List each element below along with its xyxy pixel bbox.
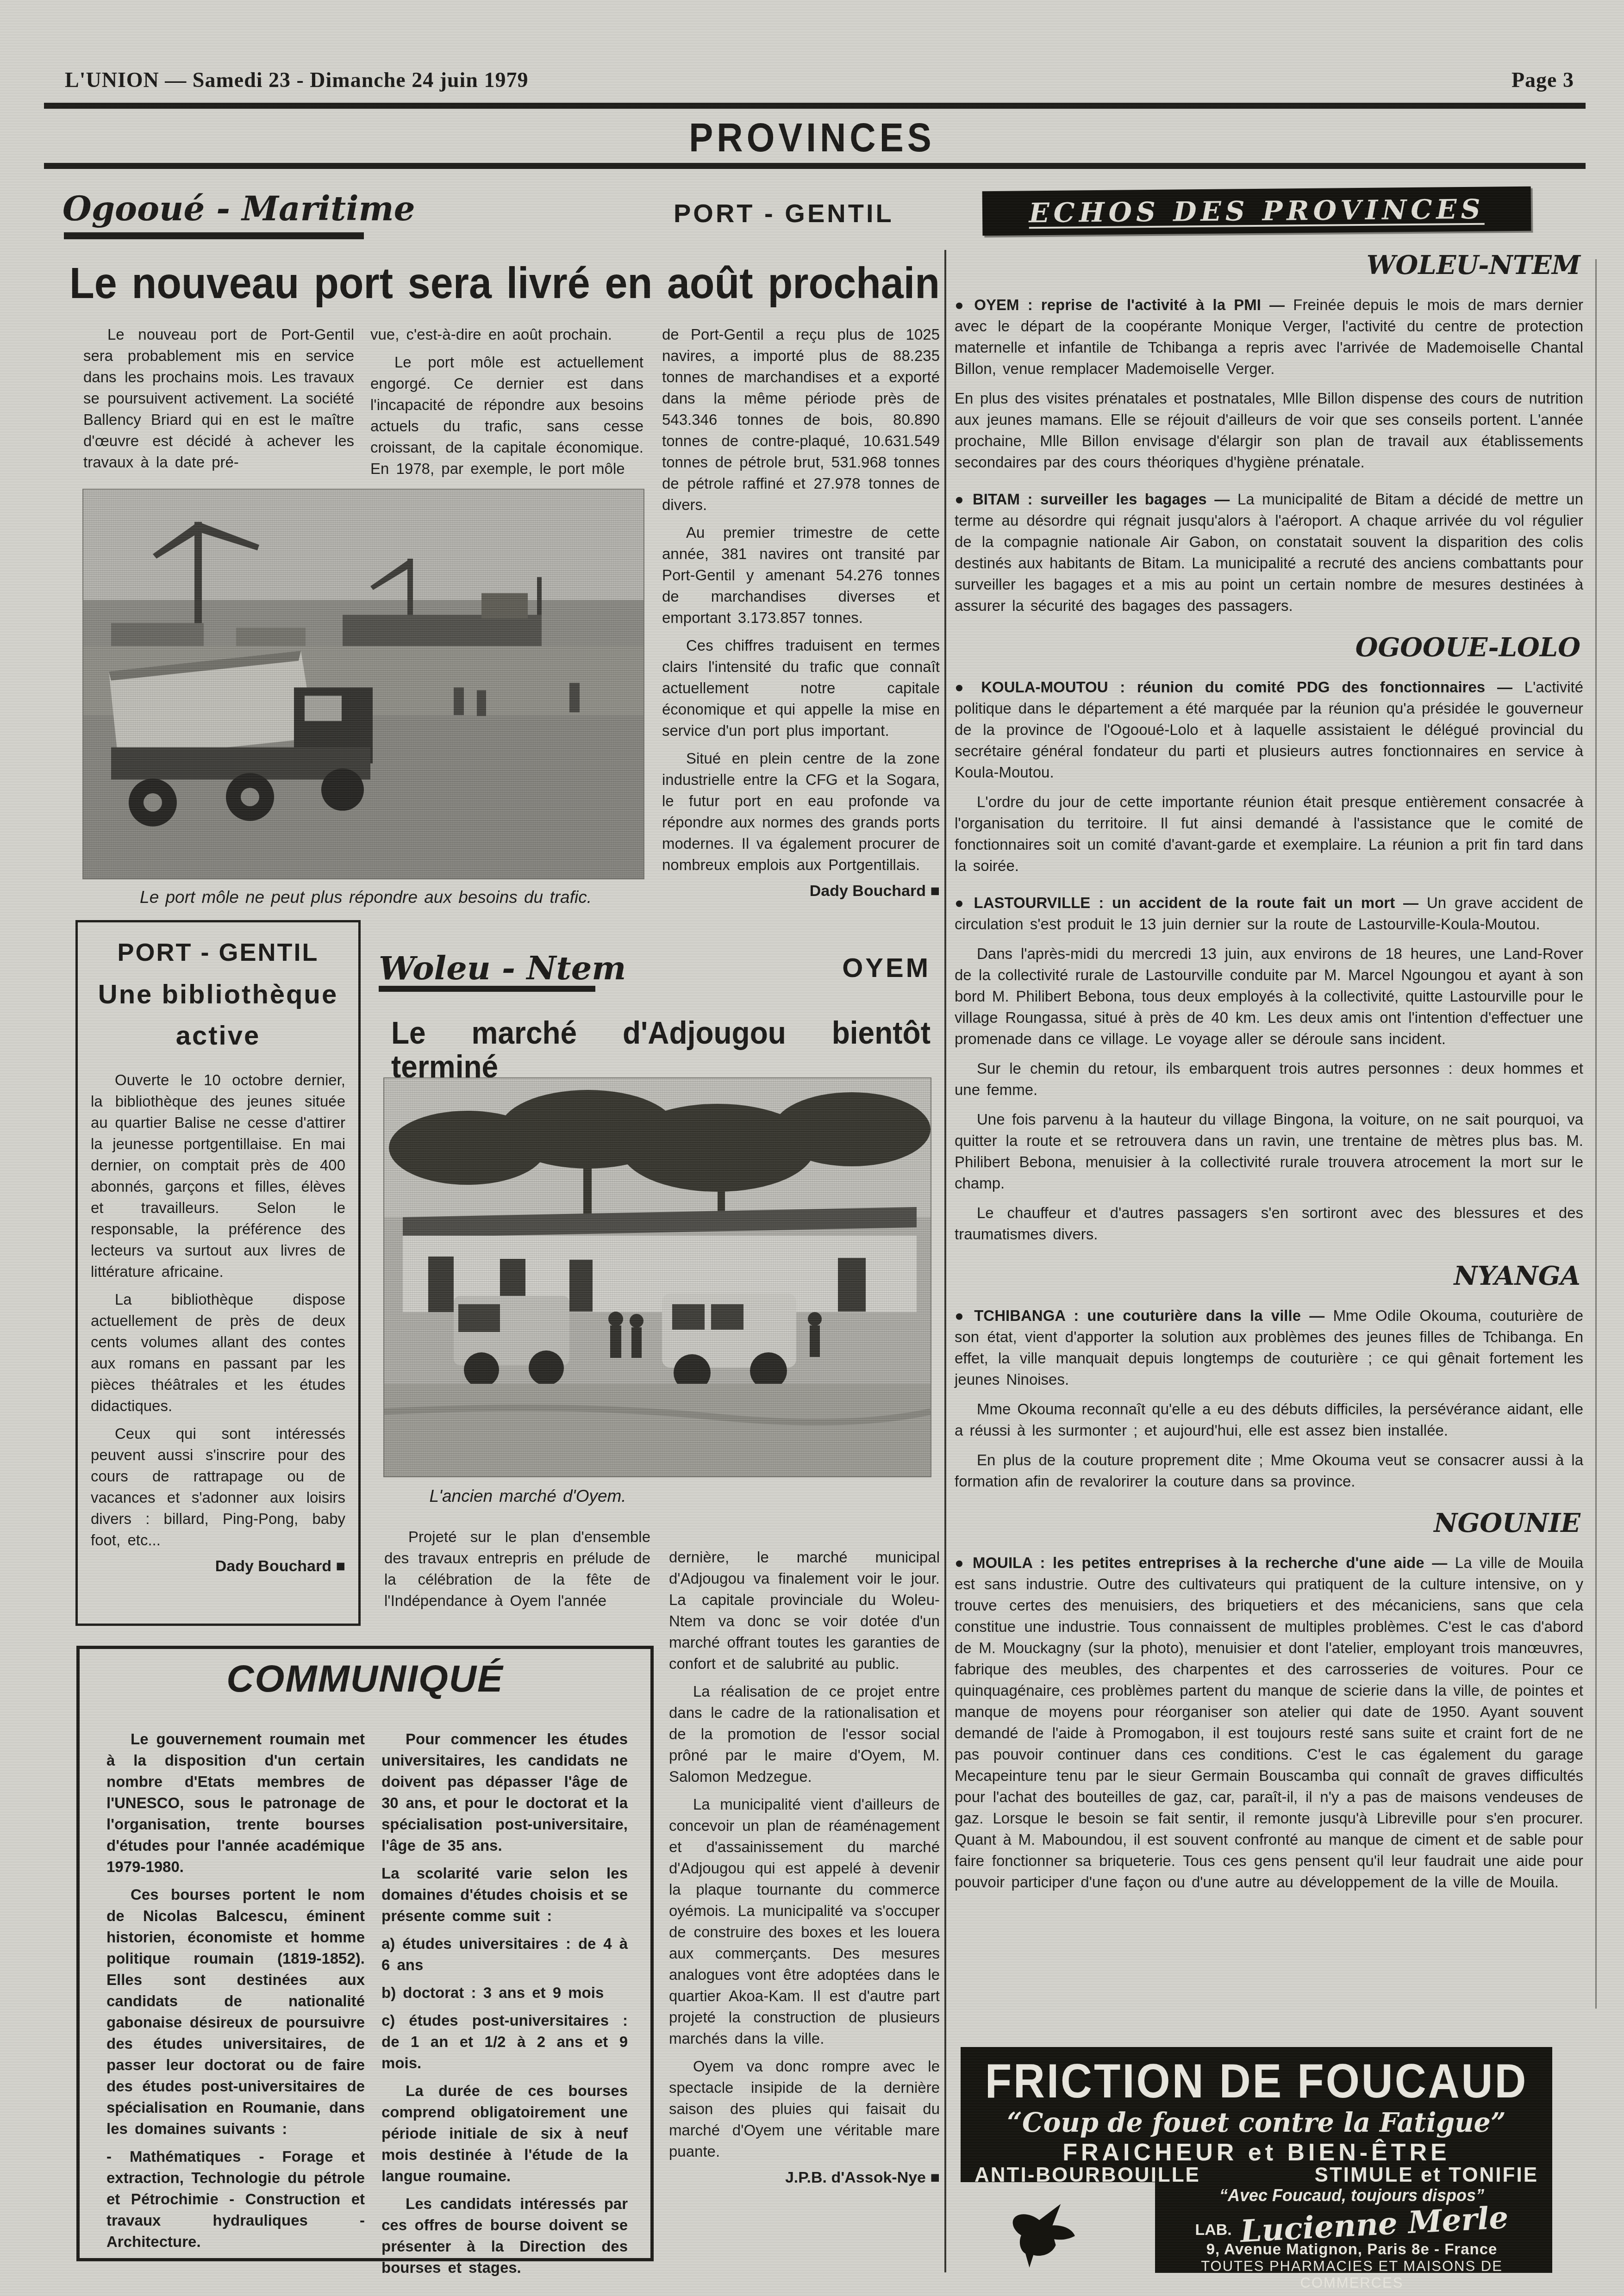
ad-benefit-2b: STIMULE et TONIFIE	[1315, 2164, 1538, 2187]
paragraph: Ceux qui sont intéressés peuvent aussi s…	[91, 1423, 345, 1551]
paragraph: Ces chiffres traduisent en termes clairs…	[662, 635, 940, 741]
page-number: Page 3	[1444, 68, 1574, 92]
library-title-line2: active	[91, 1020, 345, 1051]
echos-item-mouila: ● MOUILA : les petites entreprises à la …	[955, 1552, 1583, 1893]
paragraph: Oyem va donc rompre avec le spectacle in…	[669, 2056, 940, 2162]
ad-lab-line: LAB. Lucienne Merle	[1160, 2206, 1544, 2242]
ad-address: 9, Avenue Matignon, Paris 8e - France	[1160, 2240, 1544, 2258]
ad-benefit-1: FRAICHEUR et BIEN-ÊTRE	[970, 2139, 1543, 2166]
paragraph: - Mathématiques - Forage et extraction, …	[106, 2146, 365, 2252]
byline-library-article: Dady Bouchard ■	[91, 1557, 345, 1575]
right-edge-rule	[1595, 259, 1597, 2009]
paragraph: L'ordre du jour de cette importante réun…	[955, 791, 1583, 877]
masthead: L'UNION — Samedi 23 - Dimanche 24 juin 1…	[65, 68, 528, 92]
paragraph: La durée de ces bourses comprend obligat…	[381, 2080, 628, 2187]
column-separator	[944, 250, 946, 2272]
paragraph: Ces bourses portent le nom de Nicolas Ba…	[106, 1884, 365, 2140]
echos-column: WOLEU-NTEM ● OYEM : reprise de l'activit…	[955, 250, 1583, 1909]
paragraph: dernière, le marché municipal d'Adjougou…	[669, 1547, 940, 1674]
paragraph: La réalisation de ce projet entre dans l…	[669, 1681, 940, 1787]
item-text: La ville de Mouila est sans industrie. O…	[955, 1554, 1583, 1891]
region-heading-woleu-ntem: Woleu - Ntem	[379, 949, 626, 987]
echos-item-tchibanga: ● TCHIBANGA : une couturière dans la vil…	[955, 1305, 1583, 1492]
lead-col-2: vue, c'est-à-dire en août prochain. Le p…	[370, 324, 643, 486]
item-lead: ● KOULA-MOUTOU : réunion du comité PDG d…	[955, 678, 1512, 696]
city-label-oyem: OYEM	[787, 952, 931, 983]
paragraph: vue, c'est-à-dire en août prochain.	[370, 324, 643, 345]
paragraph: Ouverte le 10 octobre dernier, la biblio…	[91, 1070, 345, 1282]
port-photo-caption: Le port môle ne peut plus répondre aux b…	[102, 888, 630, 907]
top-rule	[44, 103, 1586, 109]
paragraph: Dans l'après-midi du mercredi 13 juin, a…	[955, 943, 1583, 1050]
library-city: PORT - GENTIL	[91, 938, 345, 967]
bird-icon	[970, 2186, 1109, 2271]
paragraph: Projeté sur le plan d'ensemble des trava…	[384, 1526, 650, 1612]
city-label-port-gentil: PORT - GENTIL	[674, 198, 894, 228]
region-heading-ogooue-maritime: Ogooué - Maritime	[62, 189, 415, 228]
paragraph: de Port-Gentil a reçu plus de 1025 navir…	[662, 324, 940, 516]
ad-slogan: “Coup de fouet contre la Fatigue”	[970, 2107, 1543, 2138]
ad-distribution: TOUTES PHARMACIES ET MAISONS DE COMMERCE…	[1155, 2258, 1549, 2291]
byline-lead-article: Dady Bouchard ■	[662, 882, 940, 900]
library-title-line1: Une bibliothèque	[91, 979, 345, 1010]
lead-col-3: de Port-Gentil a reçu plus de 1025 navir…	[662, 324, 940, 900]
ad-lab-label: LAB.	[1195, 2221, 1231, 2239]
section-title: PROVINCES	[0, 114, 1624, 162]
region-underline	[64, 232, 364, 239]
friction-foucaud-ad: FRICTION DE FOUCAUD “Coup de fouet contr…	[961, 2047, 1552, 2273]
paragraph: La municipalité vient d'ailleurs de conc…	[669, 1794, 940, 2049]
paragraph: La bibliothèque dispose actuellement de …	[91, 1289, 345, 1417]
communique-col-left: Le gouvernement roumain met à la disposi…	[106, 1729, 365, 2259]
paragraph: Mme Okouma reconnaît qu'elle a eu des dé…	[955, 1399, 1583, 1441]
item-lead: ● MOUILA : les petites entreprises à la …	[955, 1554, 1447, 1571]
communique-title: COMMUNIQUÉ	[80, 1657, 650, 1701]
paragraph: En plus des visites prénatales et postna…	[955, 388, 1583, 473]
port-photo-illustration	[83, 490, 643, 878]
paragraph: La scolarité varie selon les domaines d'…	[381, 1863, 628, 1927]
item-lead: ● OYEM : reprise de l'activité à la PMI …	[955, 296, 1285, 313]
second-rule	[44, 163, 1586, 169]
ad-benefit-2: ANTI-BOURBOUILLE STIMULE et TONIFIE	[974, 2164, 1538, 2187]
market-headline: Le marché d'Adjougou bientôt terminé	[391, 1016, 931, 1083]
byline-market-article: J.P.B. d'Assok-Nye ■	[669, 2169, 940, 2187]
paragraph: Le port môle est actuellement engorgé. C…	[370, 352, 643, 479]
lead-headline: Le nouveau port sera livré en août proch…	[69, 260, 940, 306]
paragraph: Le gouvernement roumain met à la disposi…	[106, 1729, 365, 1878]
communique-col-right: Pour commencer les études universitaires…	[381, 1729, 628, 2285]
item-lead: ● TCHIBANGA : une couturière dans la vil…	[955, 1307, 1324, 1324]
paragraph: En plus de la couture proprement dite ; …	[955, 1450, 1583, 1492]
lead-col-1: Le nouveau port de Port-Gentil sera prob…	[83, 324, 354, 479]
paragraph: c) études post-universitaires : de 1 an …	[381, 2010, 628, 2074]
paragraph: Situé en plein centre de la zone industr…	[662, 748, 940, 876]
region-underline-woleu	[379, 986, 595, 992]
echos-item-bitam: ● BITAM : surveiller les bagages — La mu…	[955, 489, 1583, 616]
item-text: La municipalité de Bitam a décidé de met…	[955, 491, 1583, 614]
item-lead: ● BITAM : surveiller les bagages —	[955, 491, 1230, 508]
paragraph: Le nouveau port de Port-Gentil sera prob…	[83, 324, 354, 473]
echos-banner: ECHOS DES PROVINCES	[982, 187, 1531, 236]
library-article-box: PORT - GENTIL Une bibliothèque active Ou…	[75, 920, 361, 1626]
province-heading-woleu-ntem: WOLEU-NTEM	[955, 250, 1580, 280]
market-col-b: dernière, le marché municipal d'Adjougou…	[669, 1547, 940, 2187]
province-heading-nyanga: NYANGA	[955, 1261, 1580, 1291]
echos-item-koula-moutou: ● KOULA-MOUTOU : réunion du comité PDG d…	[955, 677, 1583, 877]
paragraph: Les candidats intéressés par ces offres …	[381, 2193, 628, 2278]
paragraph: Le chauffeur et d'autres passagers s'en …	[955, 1202, 1583, 1245]
paragraph: a) études universitaires : de 4 à 6 ans	[381, 1933, 628, 1976]
echos-banner-text: ECHOS DES PROVINCES	[1029, 193, 1485, 229]
port-photo	[83, 490, 643, 878]
market-col-a: Projeté sur le plan d'ensemble des trava…	[384, 1526, 650, 1618]
library-body: Ouverte le 10 octobre dernier, la biblio…	[91, 1070, 345, 1575]
echos-item-oyem: ● OYEM : reprise de l'activité à la PMI …	[955, 294, 1583, 473]
item-lead: ● LASTOURVILLE : un accident de la route…	[955, 894, 1418, 911]
province-heading-ngounie: NGOUNIE	[955, 1508, 1580, 1538]
paragraph: b) doctorat : 3 ans et 9 mois	[381, 1982, 628, 2004]
paragraph: Une fois parvenu à la hauteur du village…	[955, 1109, 1583, 1194]
masthead-date: — Samedi 23 - Dimanche 24 juin 1979	[165, 68, 528, 92]
paragraph: Pour commencer les études universitaires…	[381, 1729, 628, 1856]
ad-title: FRICTION DE FOUCAUD	[970, 2054, 1543, 2109]
communique-box: COMMUNIQUÉ Le gouvernement roumain met à…	[76, 1646, 654, 2261]
paper-name: L'UNION	[65, 68, 159, 92]
market-photo-illustration	[384, 1078, 931, 1476]
paragraph: Sur le chemin du retour, ils embarquent …	[955, 1058, 1583, 1101]
paragraph: Au premier trimestre de cette année, 381…	[662, 522, 940, 628]
newspaper-page: L'UNION — Samedi 23 - Dimanche 24 juin 1…	[0, 0, 1624, 2296]
market-photo	[384, 1078, 931, 1476]
ad-benefit-2a: ANTI-BOURBOUILLE	[974, 2164, 1200, 2187]
province-heading-ogooue-lolo: OGOOUE-LOLO	[955, 632, 1580, 663]
echos-item-lastourville: ● LASTOURVILLE : un accident de la route…	[955, 892, 1583, 1245]
market-photo-caption: L'ancien marché d'Oyem.	[389, 1487, 667, 1506]
